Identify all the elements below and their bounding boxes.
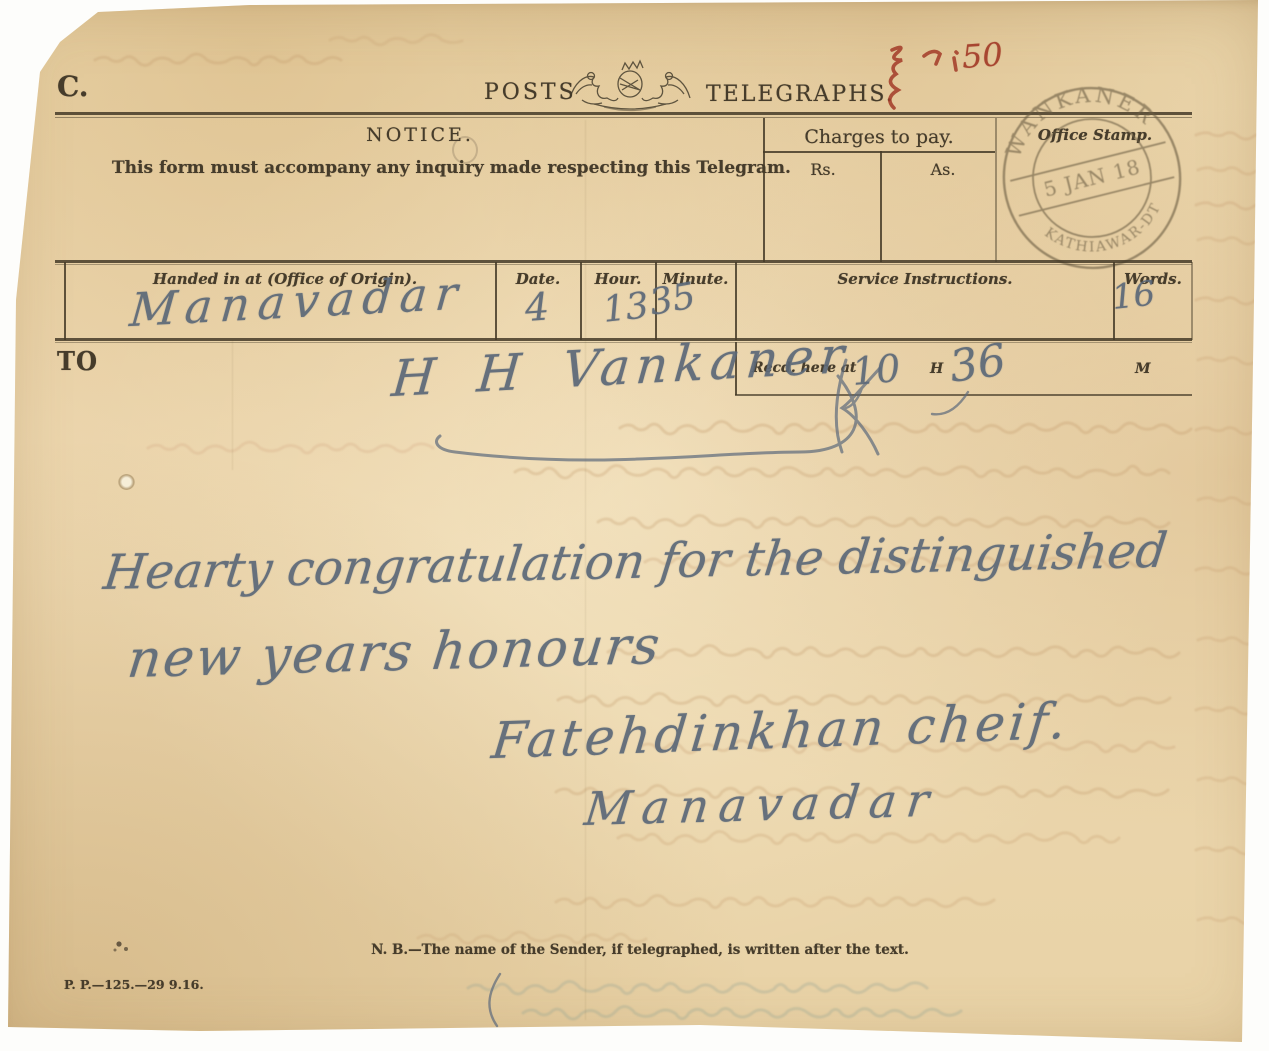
telegram-scan: C. POSTS TELEGRAPHS. 50 NOTICE. <box>0 0 1269 1051</box>
pencil-flourishes <box>0 0 1269 1051</box>
footer-note: N. B.—The name of the Sender, if telegra… <box>300 942 980 958</box>
telegram-form-paper: C. POSTS TELEGRAPHS. 50 NOTICE. <box>0 0 1269 1051</box>
print-code: P. P.—125.—29 9.16. <box>64 977 204 992</box>
ink-specks <box>108 936 138 960</box>
paper-hole <box>118 474 135 490</box>
